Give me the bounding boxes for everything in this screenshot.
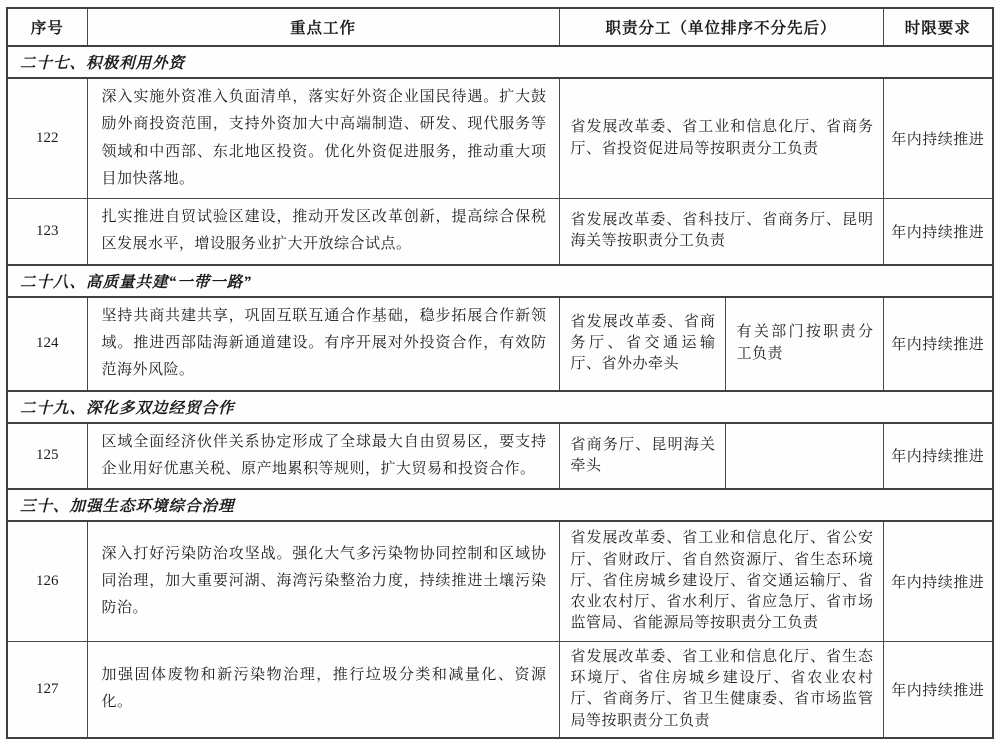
section-header-row: 二十七、积极利用外资 <box>7 46 993 78</box>
section-title: 三十、加强生态环境综合治理 <box>7 489 993 521</box>
work-text: 加强固体废物和新污染物治理，推行垃圾分类和减量化、资源化。 <box>87 641 559 738</box>
responsibility-text: 省发展改革委、省工业和信息化厅、省生态环境厅、省住房城乡建设厅、省农业农村厅、省… <box>559 641 883 738</box>
table-row: 127 加强固体废物和新污染物治理，推行垃圾分类和减量化、资源化。 省发展改革委… <box>7 641 993 738</box>
header-cell-work: 重点工作 <box>87 8 559 46</box>
table-header-row: 序号 重点工作 职责分工（单位排序不分先后） 时限要求 <box>7 8 993 46</box>
row-number: 124 <box>7 297 87 391</box>
section-title: 二十七、积极利用外资 <box>7 46 993 78</box>
section-title: 二十九、深化多双边经贸合作 <box>7 391 993 423</box>
responsibility-lead-text: 省发展改革委、省商务厅、省交通运输厅、省外办牵头 <box>559 297 725 391</box>
section-header-row: 二十九、深化多双边经贸合作 <box>7 391 993 423</box>
section-header-row: 三十、加强生态环境综合治理 <box>7 489 993 521</box>
work-text: 坚持共商共建共享，巩固互联互通合作基础，稳步拓展合作新领域。推进西部陆海新通道建… <box>87 297 559 391</box>
work-text: 区域全面经济伙伴关系协定形成了全球最大自由贸易区，要支持企业用好优惠关税、原产地… <box>87 423 559 490</box>
header-cell-time: 时限要求 <box>883 8 993 46</box>
document-page: 序号 重点工作 职责分工（单位排序不分先后） 时限要求 二十七、积极利用外资 1… <box>0 0 1000 669</box>
time-requirement: 年内持续推进 <box>883 78 993 199</box>
key-work-table: 序号 重点工作 职责分工（单位排序不分先后） 时限要求 二十七、积极利用外资 1… <box>6 7 994 739</box>
time-requirement: 年内持续推进 <box>883 199 993 265</box>
row-number: 127 <box>7 641 87 738</box>
time-requirement: 年内持续推进 <box>883 641 993 738</box>
time-requirement: 年内持续推进 <box>883 297 993 391</box>
responsibility-support-text <box>725 423 883 490</box>
work-text: 深入打好污染防治攻坚战。强化大气多污染物协同控制和区域协同治理，加大重要河湖、海… <box>87 521 559 641</box>
work-text: 扎实推进自贸试验区建设，推动开发区改革创新，提高综合保税区发展水平，增设服务业扩… <box>87 199 559 265</box>
responsibility-lead-text: 省商务厅、昆明海关牵头 <box>559 423 725 490</box>
row-number: 123 <box>7 199 87 265</box>
time-requirement: 年内持续推进 <box>883 521 993 641</box>
header-cell-no: 序号 <box>7 8 87 46</box>
section-title: 二十八、高质量共建“一带一路” <box>7 265 993 297</box>
responsibility-text: 省发展改革委、省工业和信息化厅、省公安厅、省财政厅、省自然资源厅、省生态环境厅、… <box>559 521 883 641</box>
header-cell-resp: 职责分工（单位排序不分先后） <box>559 8 883 46</box>
responsibility-text: 省发展改革委、省科技厅、省商务厅、昆明海关等按职责分工负责 <box>559 199 883 265</box>
row-number: 122 <box>7 78 87 199</box>
table-row: 126 深入打好污染防治攻坚战。强化大气多污染物协同控制和区域协同治理，加大重要… <box>7 521 993 641</box>
row-number: 125 <box>7 423 87 490</box>
time-requirement: 年内持续推进 <box>883 423 993 490</box>
table-row: 125 区域全面经济伙伴关系协定形成了全球最大自由贸易区，要支持企业用好优惠关税… <box>7 423 993 490</box>
table-row: 124 坚持共商共建共享，巩固互联互通合作基础，稳步拓展合作新领域。推进西部陆海… <box>7 297 993 391</box>
responsibility-support-text: 有关部门按职责分工负责 <box>725 297 883 391</box>
table-row: 122 深入实施外资准入负面清单，落实好外资企业国民待遇。扩大鼓励外商投资范围，… <box>7 78 993 199</box>
section-header-row: 二十八、高质量共建“一带一路” <box>7 265 993 297</box>
work-text: 深入实施外资准入负面清单，落实好外资企业国民待遇。扩大鼓励外商投资范围，支持外资… <box>87 78 559 199</box>
row-number: 126 <box>7 521 87 641</box>
table-row: 123 扎实推进自贸试验区建设，推动开发区改革创新，提高综合保税区发展水平，增设… <box>7 199 993 265</box>
responsibility-text: 省发展改革委、省工业和信息化厅、省商务厅、省投资促进局等按职责分工负责 <box>559 78 883 199</box>
